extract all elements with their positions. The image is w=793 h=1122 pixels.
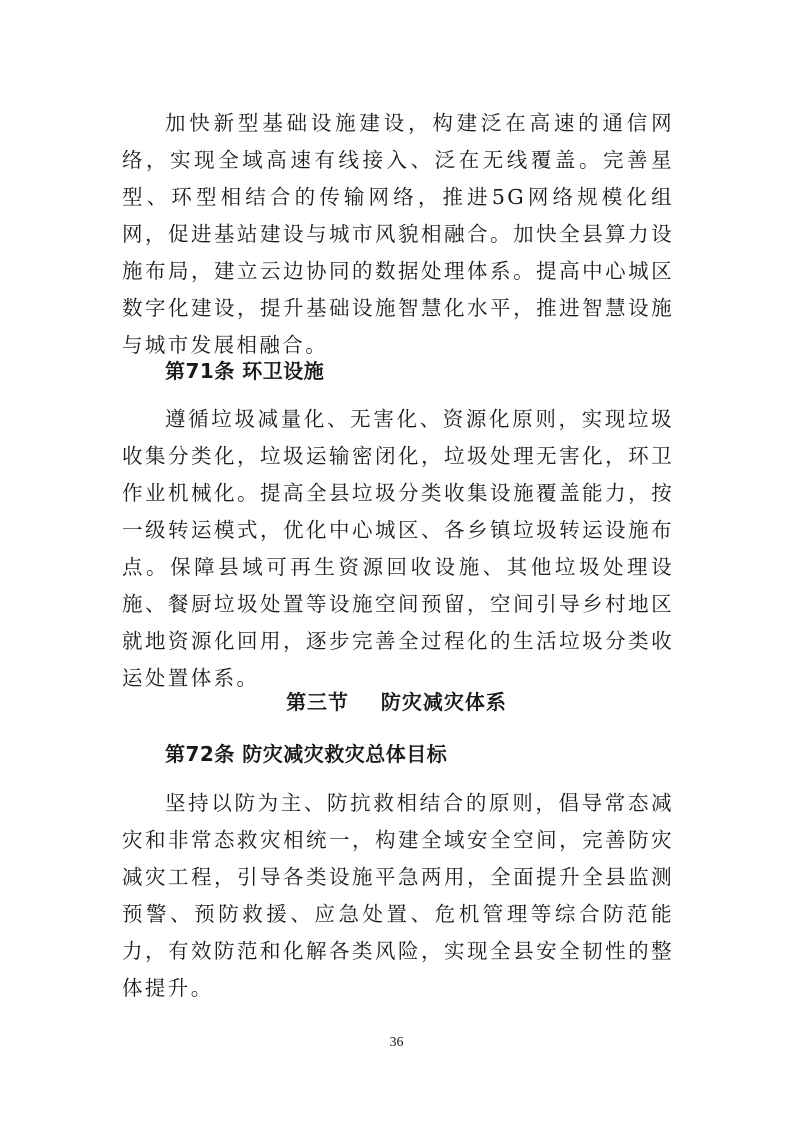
article-71-heading: 第71条 环卫设施: [165, 357, 324, 385]
paragraph-sanitation: 遵循垃圾减量化、无害化、资源化原则，实现垃圾收集分类化，垃圾运输密闭化，垃圾处理…: [122, 401, 674, 697]
section-3-heading: 第三节 防灾减灾体系: [0, 688, 793, 716]
paragraph-infrastructure: 加快新型基础设施建设，构建泛在高速的通信网络，实现全域高速有线接入、泛在无线覆盖…: [122, 105, 674, 364]
page-number: 36: [0, 1035, 793, 1051]
document-page: 加快新型基础设施建设，构建泛在高速的通信网络，实现全域高速有线接入、泛在无线覆盖…: [0, 0, 793, 1122]
article-72-heading: 第72条 防灾减灾救灾总体目标: [165, 740, 447, 768]
paragraph-disaster-prevention: 坚持以防为主、防抗救相结合的原则，倡导常态减灾和非常态救灾相统一，构建全域安全空…: [122, 785, 674, 1007]
